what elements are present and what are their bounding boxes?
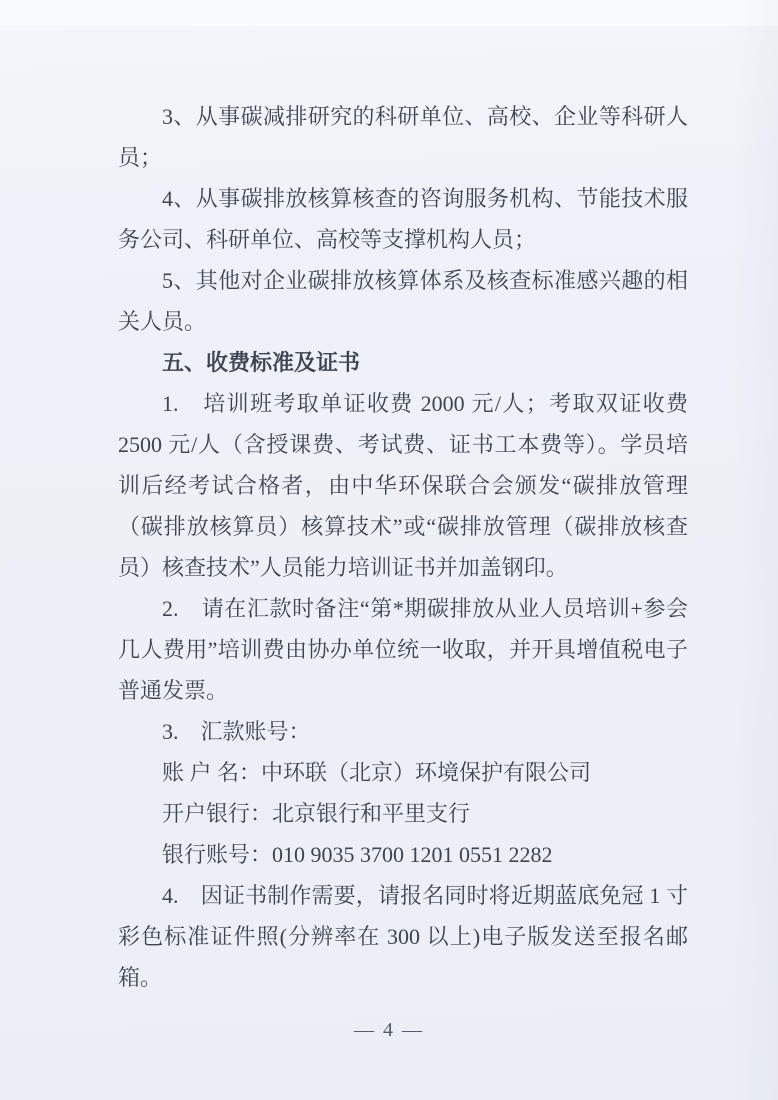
paragraph: 银行账号：010 9035 3700 1201 0551 2282: [118, 834, 688, 875]
scan-artifact-top: [0, 0, 778, 26]
paragraph: 3、从事碳减排研究的科研单位、高校、企业等科研人员；: [118, 96, 688, 178]
document-body: 3、从事碳减排研究的科研单位、高校、企业等科研人员；4、从事碳排放核算核查的咨询…: [118, 96, 688, 998]
paragraph: 4、从事碳排放核算核查的咨询服务机构、节能技术服务公司、科研单位、高校等支撑机构…: [118, 178, 688, 260]
paragraph: 1. 培训班考取单证收费 2000 元/人；考取双证收费 2500 元/人（含授…: [118, 383, 688, 588]
paragraph: 5、其他对企业碳排放核算体系及核查标准感兴趣的相关人员。: [118, 260, 688, 342]
paragraph: 开户银行：北京银行和平里支行: [118, 793, 688, 834]
paragraph: 4. 因证书制作需要，请报名同时将近期蓝底免冠 1 寸彩色标准证件照(分辨率在 …: [118, 875, 688, 998]
page-number: — 4 —: [0, 1016, 778, 1044]
section-heading: 五、收费标准及证书: [118, 342, 688, 383]
scan-artifact-right: [732, 0, 778, 1100]
document-page: 3、从事碳减排研究的科研单位、高校、企业等科研人员；4、从事碳排放核算核查的咨询…: [0, 0, 778, 1100]
paragraph: 2. 请在汇款时备注“第*期碳排放从业人员培训+参会几人费用”培训费由协办单位统…: [118, 588, 688, 711]
paragraph: 3. 汇款账号：: [118, 711, 688, 752]
paragraph: 账 户 名：中环联（北京）环境保护有限公司: [118, 752, 688, 793]
